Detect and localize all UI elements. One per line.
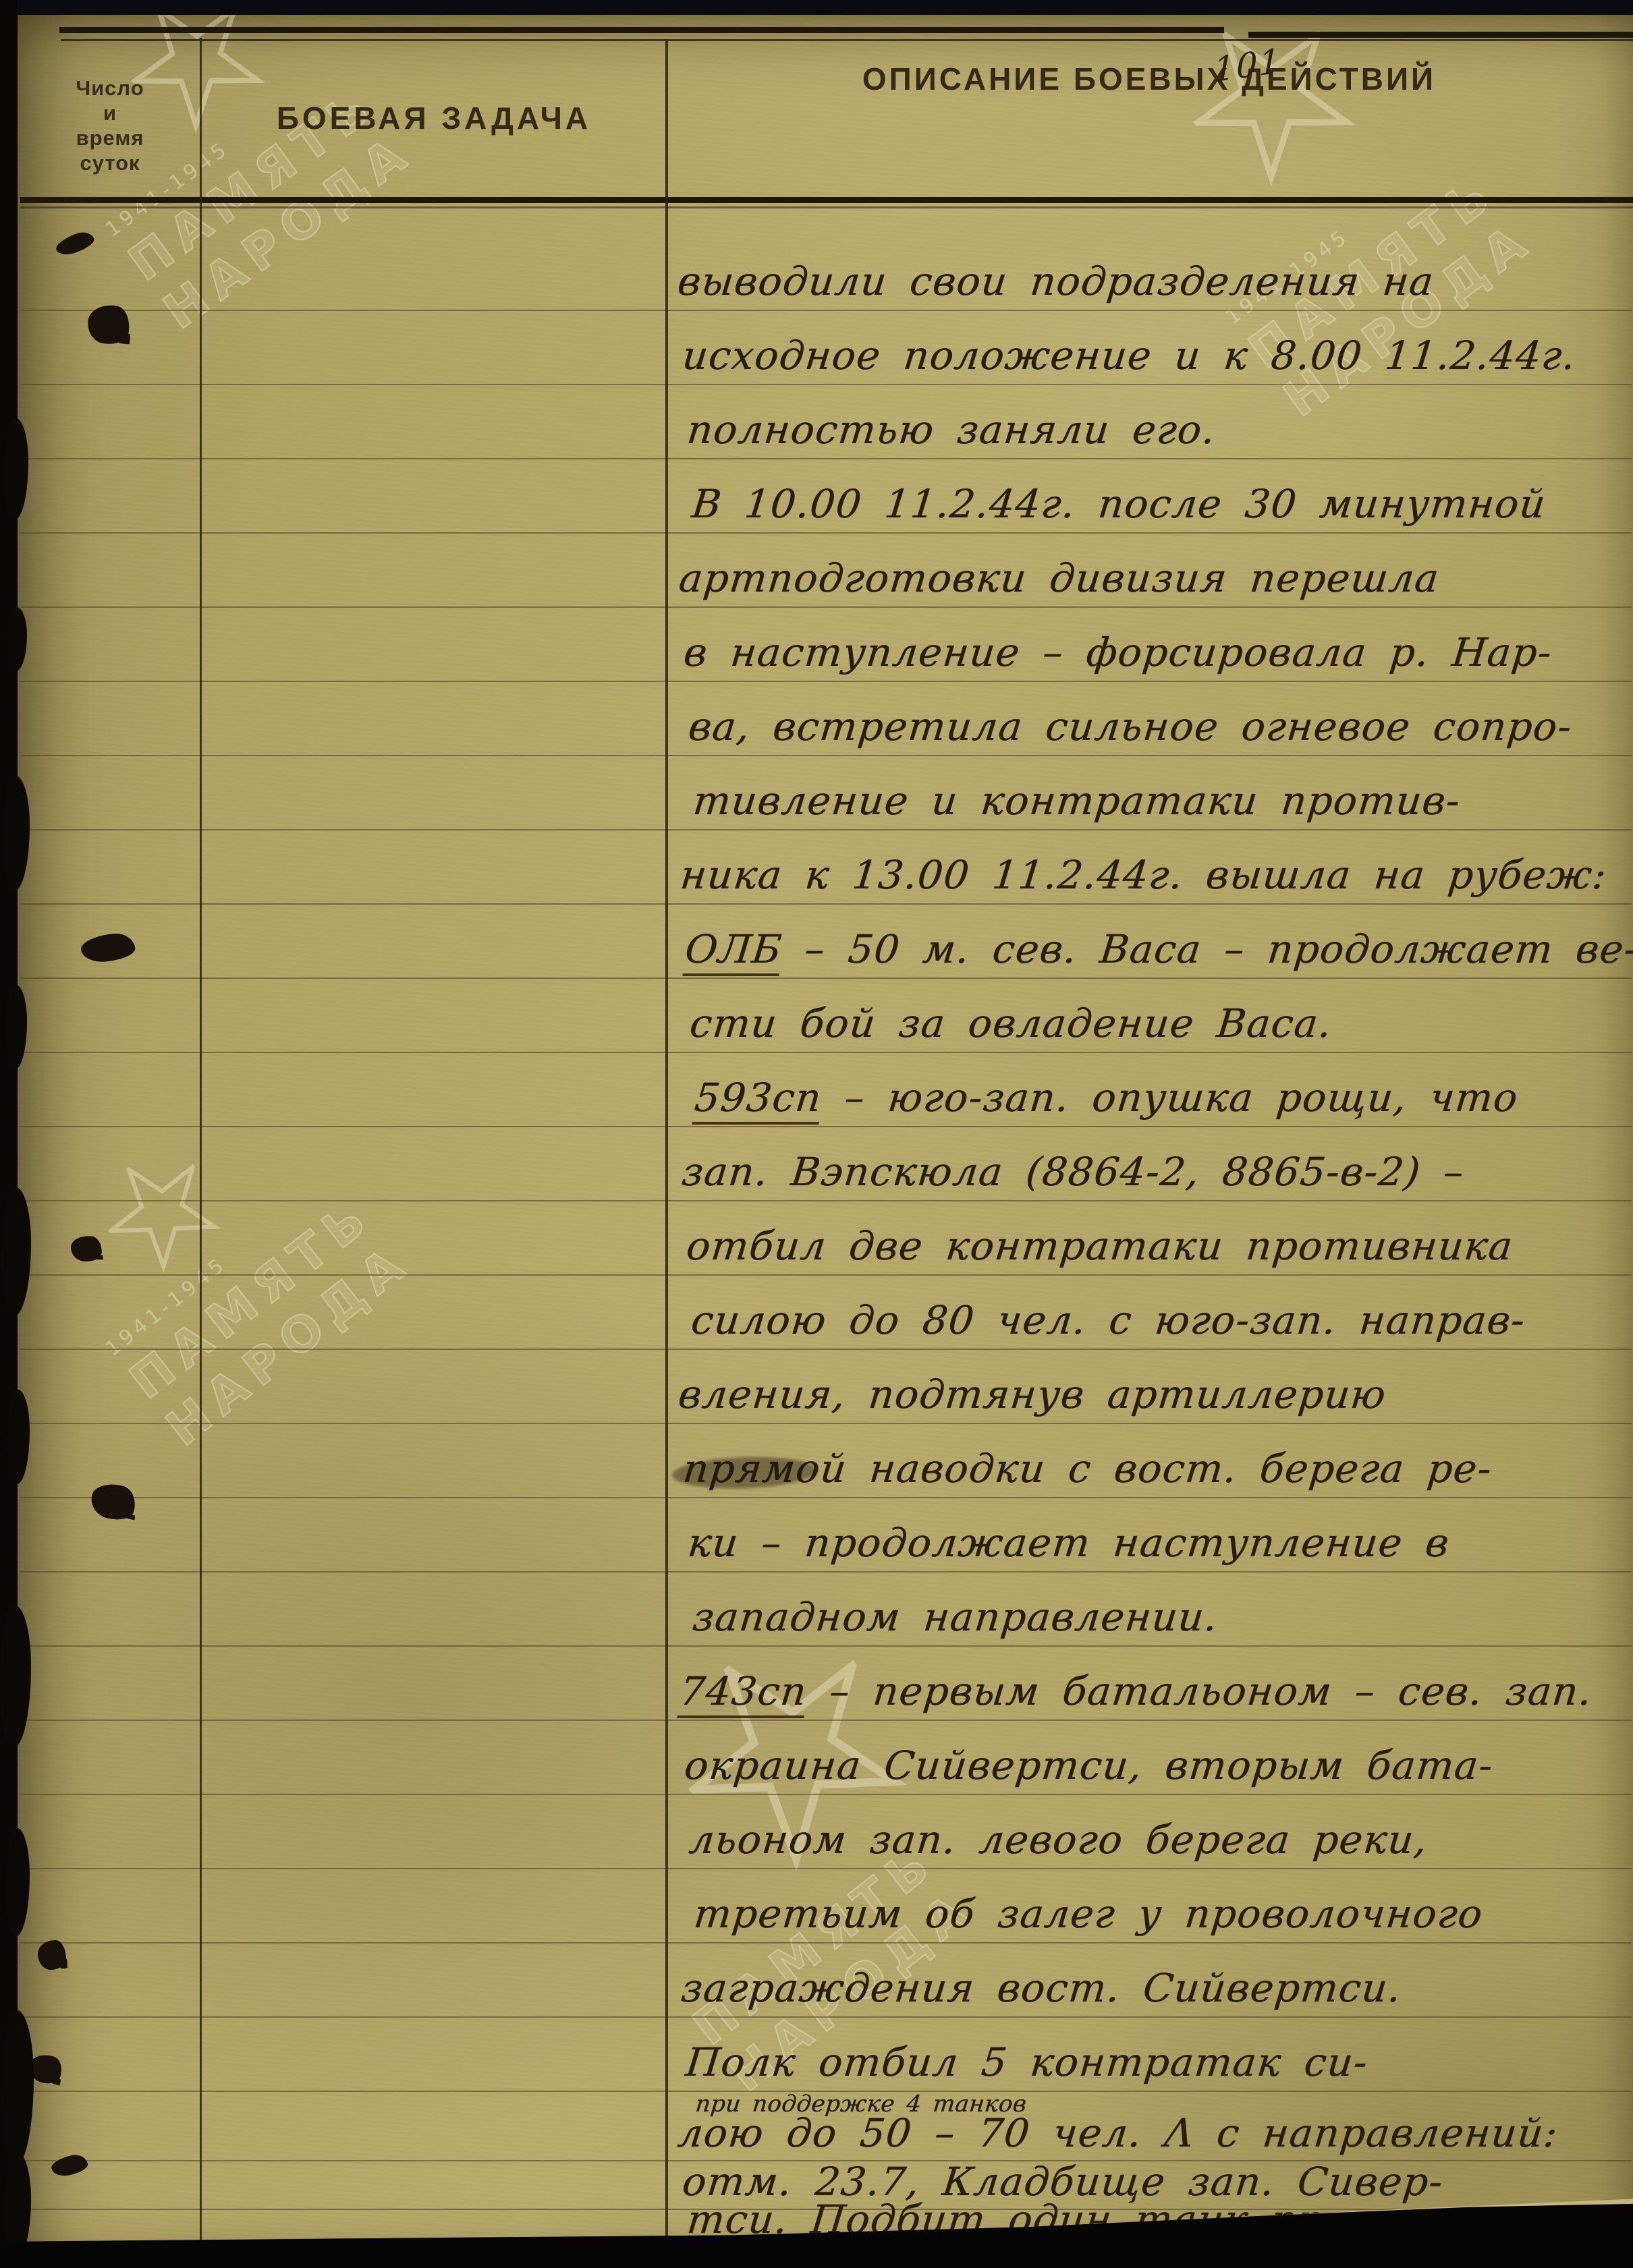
table-header-col3: ОПИСАНИЕ БОЕВЫХ ДЕЙСТВИЙ: [667, 61, 1632, 97]
ink-blot: [38, 1940, 66, 1970]
handwriting-line: сти бой за овладение Васа.: [687, 996, 1633, 1053]
handwriting-line: третьим об залег у проволочного: [691, 1887, 1633, 1944]
handwriting-line: заграждения вост. Сийвертси.: [678, 1961, 1633, 2018]
handwriting-line: отбил две контратаки противника: [684, 1219, 1633, 1276]
handwriting-line: исходное положение и к 8.00 11.2.44г.: [680, 329, 1633, 385]
column-divider-2: [665, 39, 668, 2248]
scan-edge-top: [0, 0, 1633, 15]
underlined-unit-name: 593сп: [692, 1075, 824, 1125]
handwriting-line: ОЛБ – 50 м. сев. Васа – продолжает ве-: [682, 922, 1633, 979]
handwriting-line: силою до 80 чел. с юго-зап. направ-: [688, 1293, 1633, 1350]
table-top-border-left: [59, 27, 1224, 33]
handwriting-line: вления, подтянув артиллерию: [675, 1367, 1633, 1424]
table-header-col1-line: время: [20, 125, 200, 150]
handwriting-line: 743сп – первым батальоном – сев. зап.: [677, 1664, 1633, 1721]
underlined-unit-name: ОЛБ: [682, 926, 784, 976]
handwriting-line: В 10.00 11.2.44г. после 30 минутной: [689, 477, 1633, 534]
table-header-col1-line: и: [20, 101, 200, 125]
table-header-col2: БОЕВАЯ ЗАДАЧА: [201, 100, 667, 136]
handwriting-line: льоном зап. левого берега реки,: [686, 1813, 1633, 1869]
handwriting-line: тивление и контратаки против-: [690, 774, 1633, 830]
handwriting-line: ва, встретила сильное огневое сопро-: [686, 700, 1633, 756]
header-bottom-border-thin: [20, 206, 1633, 208]
handwriting-line: окраина Сийвертси, вторым бата-: [682, 1738, 1633, 1795]
underlined-unit-name: 743сп: [677, 1668, 809, 1718]
handwriting-line: полностью заняли его.: [684, 403, 1633, 459]
table-header-col1-line: суток: [20, 150, 200, 175]
table-header-col1: Числоивремясуток: [20, 76, 200, 175]
handwriting-line: западном направлении.: [690, 1590, 1633, 1647]
handwriting-line: ки – продолжает наступление в: [685, 1516, 1633, 1572]
scanned-journal-page: 1941-1945ПАМЯТЬНАРОДА1941-1945ПАМЯТЬНАРО…: [0, 0, 1633, 2268]
table-header-col1-line: Число: [20, 76, 200, 101]
handwriting-line: в наступление – форсировала р. Нар-: [681, 625, 1633, 682]
column-divider-1: [200, 38, 202, 2244]
handwriting-line: 593сп – юго-зап. опушка рощи, что: [692, 1071, 1633, 1127]
handwriting-line: зап. Вэпскюла (8864-2, 8865-в-2) –: [679, 1145, 1633, 1201]
handwriting-line: артподготовки дивизия перешла: [676, 551, 1633, 608]
handwriting-line: выводили свои подразделения на: [675, 254, 1633, 311]
table-top-border-right: [1248, 32, 1633, 38]
header-bottom-border: [20, 197, 1633, 203]
table-top-border-thin: [61, 39, 1633, 41]
handwriting-line: Полк отбил 5 контратак си-: [683, 2035, 1633, 2092]
handwriting-line: прямой наводки с вост. берега ре-: [680, 1442, 1633, 1498]
handwriting-line: ника к 13.00 11.2.44г. вышла на рубеж:: [677, 848, 1633, 905]
